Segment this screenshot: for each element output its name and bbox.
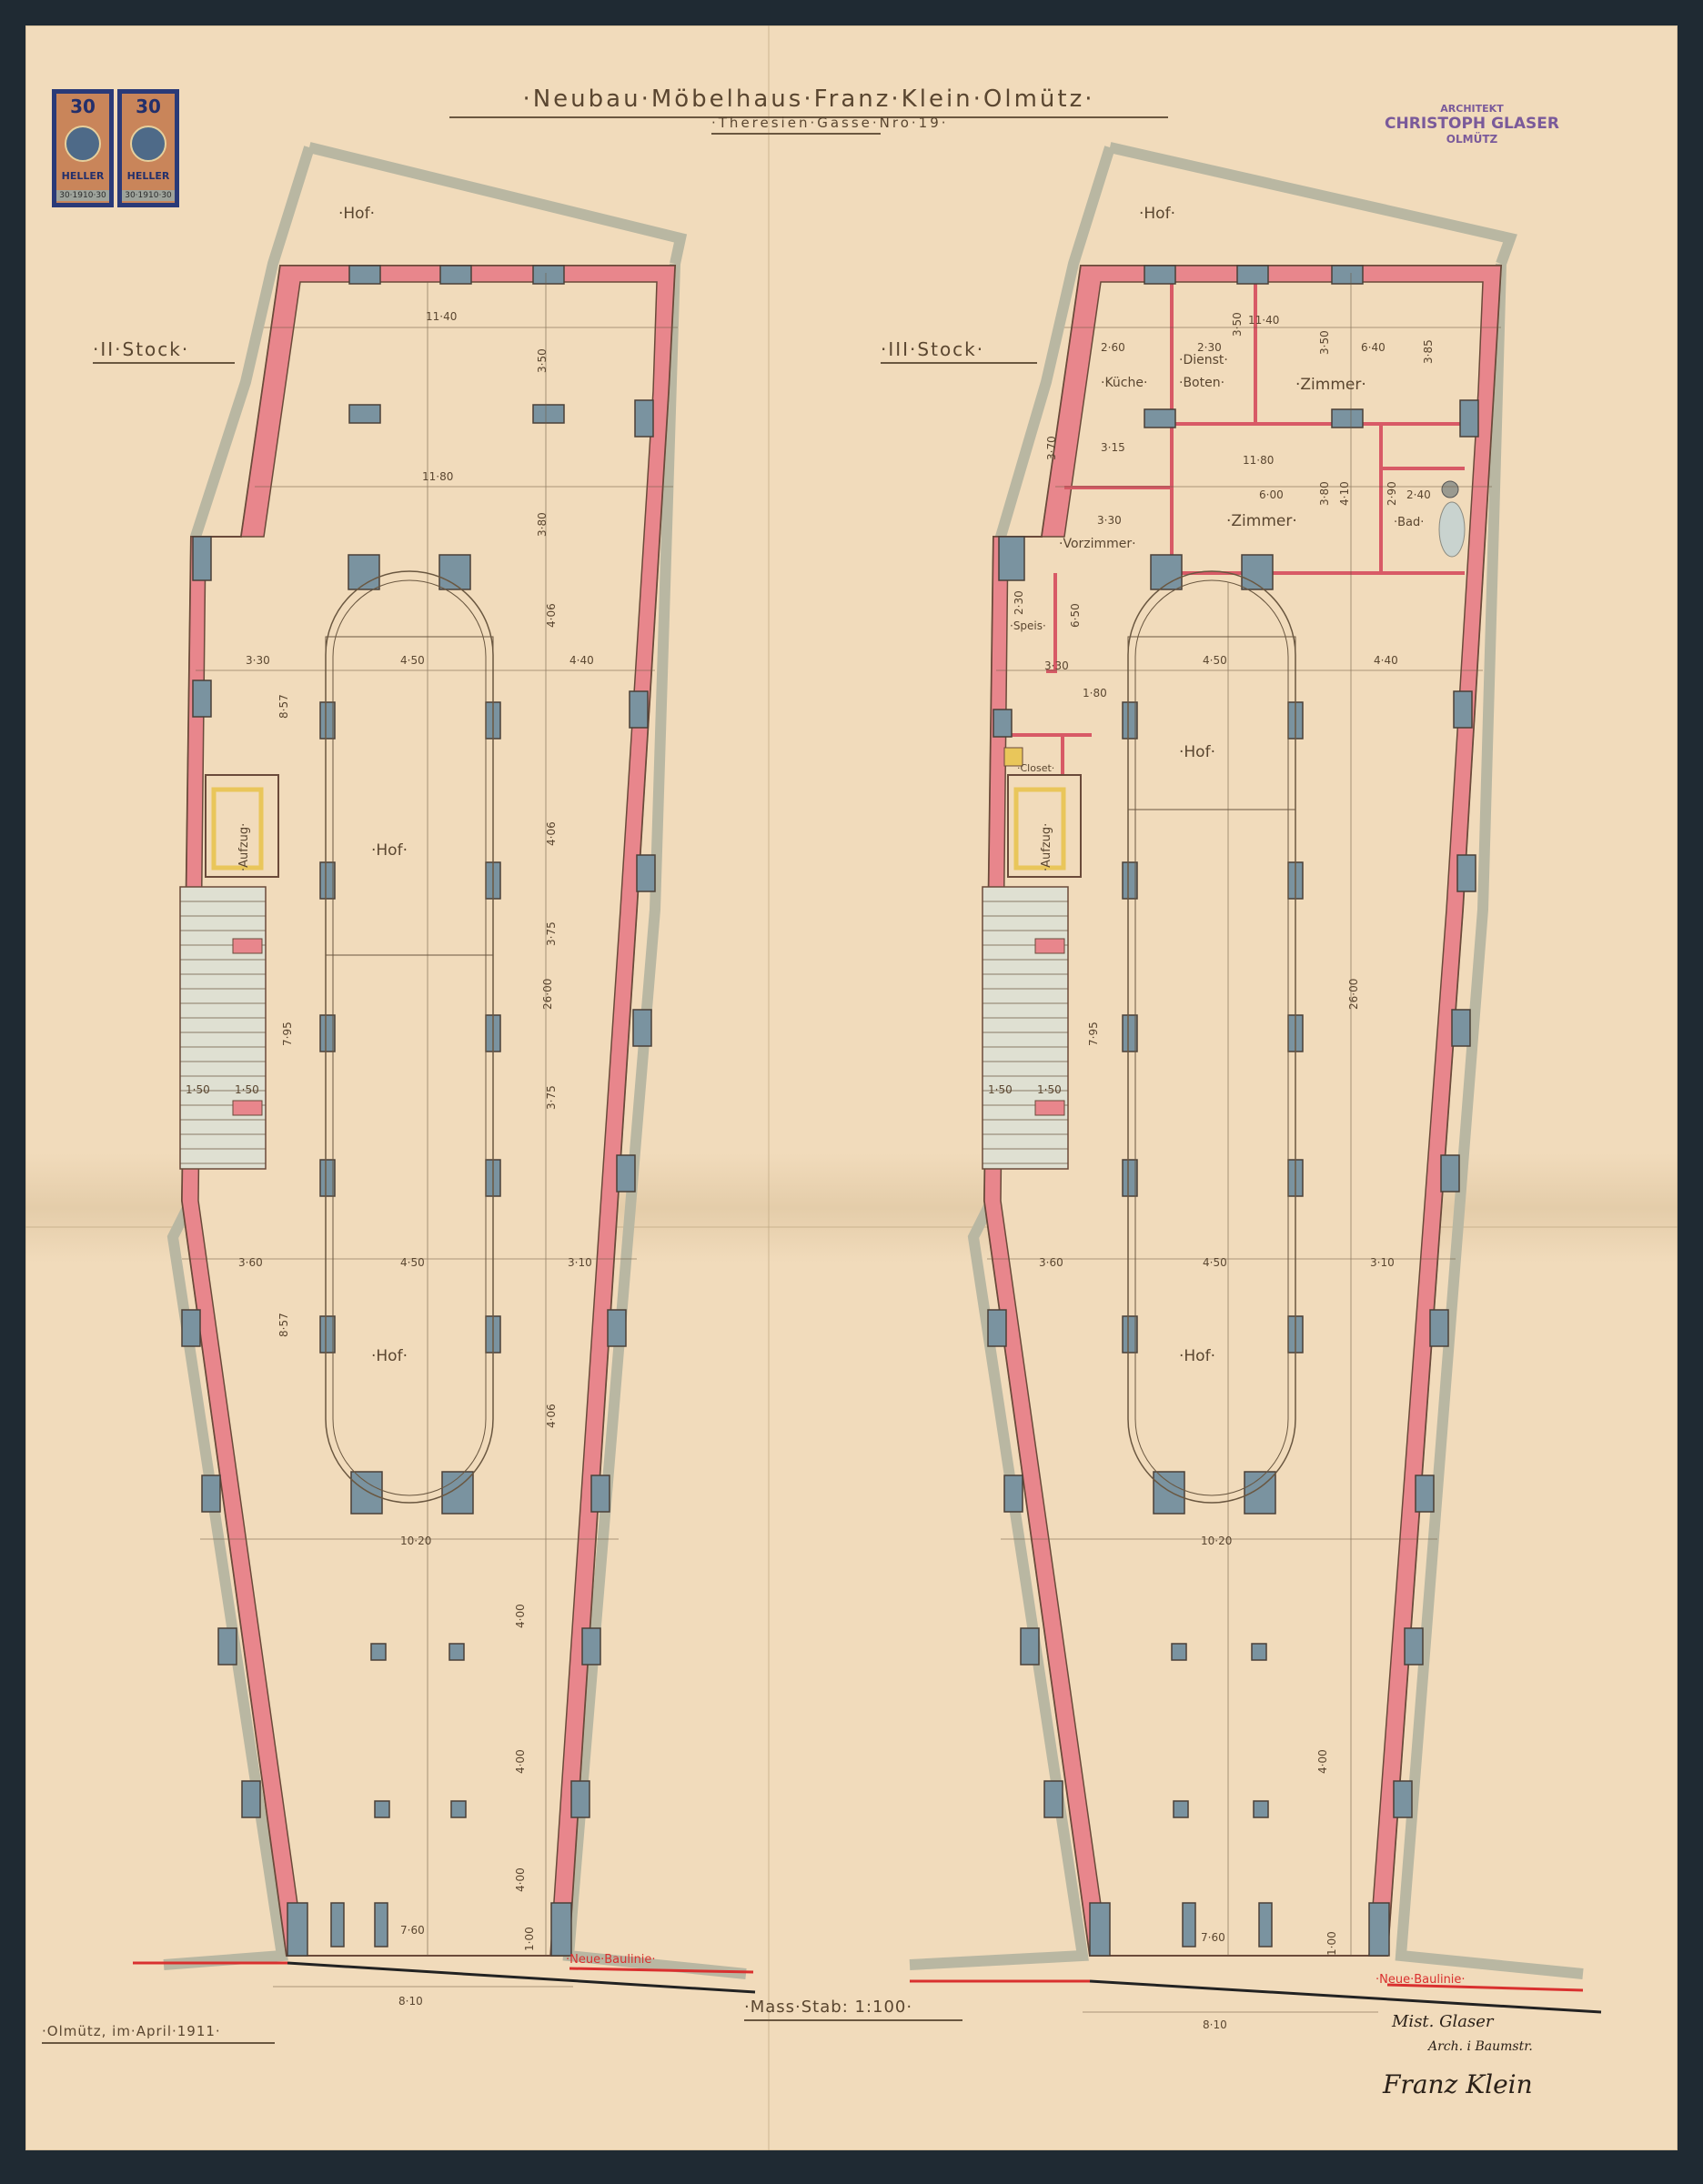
label-bath: ·Bad· — [1394, 516, 1424, 529]
dim-front-depth: 4·00 — [514, 1749, 527, 1774]
dim-stair-depth: 7·95 — [281, 1022, 294, 1046]
dim-front-depth: 4·00 — [514, 1867, 527, 1892]
staircase — [982, 887, 1068, 1169]
dim-second-width: 11·80 — [1243, 454, 1274, 467]
dim-pantry-depth: 2·30 — [1013, 590, 1025, 615]
plan-ii-stock — [133, 147, 755, 1992]
dim-court-depth: 4·06 — [545, 821, 558, 846]
staircase — [180, 887, 266, 1169]
dim-court-total: 26·00 — [541, 979, 554, 1010]
dim-width-lower: 10·20 — [400, 1535, 431, 1547]
dim-court-depth: 3·75 — [545, 1085, 558, 1110]
dim-front-inner: 7·60 — [400, 1924, 425, 1937]
dim-bath-depth: 2·90 — [1386, 481, 1398, 506]
dim-bath-width: 2·40 — [1406, 488, 1431, 501]
dim-anteroom-width: 3·30 — [1097, 514, 1122, 527]
dim-room-width: 6·00 — [1259, 488, 1284, 501]
label-hof-top: ·Hof· — [1139, 205, 1175, 223]
label-closet: ·Closet· — [1017, 762, 1054, 774]
dim-court-depth: 4·06 — [545, 1404, 558, 1428]
dim-court-total: 26·00 — [1347, 979, 1360, 1010]
dim-room-width: 6·40 — [1361, 341, 1386, 354]
dim-right-bay: 3·10 — [568, 1256, 592, 1269]
dim-stair-width: 1·50 — [186, 1083, 210, 1096]
dim-top-width: 11·40 — [1248, 314, 1279, 327]
label-building-line: ·Neue·Baulinie· — [1375, 1973, 1466, 1987]
dim-stair-width: 1·50 — [1037, 1083, 1062, 1096]
dim-servant-depth: 3·50 — [1231, 312, 1244, 337]
floor-plans-drawing: ·Hof· ·Hof· ·Hof· ·Aufzug· ·Neue·Baulini… — [0, 0, 1703, 2184]
label-elevator: ·Aufzug· — [1040, 823, 1053, 871]
dim-right-bay: 3·10 — [1370, 1256, 1395, 1269]
dim-room-depth: 3·80 — [1318, 481, 1331, 506]
dim-left-bay: 3·30 — [246, 654, 270, 667]
dim-center-bay: 4·50 — [400, 654, 425, 667]
label-room: ·Zimmer· — [1295, 376, 1366, 394]
dim-room-depth: 3·50 — [1318, 330, 1331, 355]
dim-servant-width: 2·30 — [1197, 341, 1222, 354]
dim-second-width: 11·80 — [422, 470, 453, 483]
dim-court-depth: 4·06 — [545, 603, 558, 628]
dim-depth: 6·50 — [1069, 603, 1082, 628]
plan-iii-stock — [910, 147, 1601, 2012]
dim-front-depth: 4·00 — [514, 1604, 527, 1628]
dim-stair-width: 1·50 — [988, 1083, 1013, 1096]
dim-left-bay: 3·60 — [1039, 1256, 1063, 1269]
dim-front-inner: 7·60 — [1201, 1931, 1225, 1944]
label-elevator: ·Aufzug· — [237, 823, 251, 871]
dim-depth: 3·50 — [536, 348, 549, 373]
dim-corridor: 1·80 — [1083, 687, 1107, 699]
dim-stair-width: 1·50 — [235, 1083, 259, 1096]
dim-left-depth: 8·57 — [277, 1313, 290, 1337]
dim-room-depth: 3·85 — [1422, 339, 1435, 364]
dim-right-bay: 4·40 — [1374, 654, 1398, 667]
label-anteroom: ·Vorzimmer· — [1059, 537, 1136, 551]
dim-left-depth: 8·57 — [277, 694, 290, 719]
dim-depth: 3·80 — [536, 512, 549, 537]
label-hof: ·Hof· — [371, 1347, 408, 1365]
label-hof-top: ·Hof· — [338, 205, 375, 223]
label-hof: ·Hof· — [1179, 1347, 1215, 1365]
label-pantry: ·Speis· — [1010, 619, 1046, 632]
dim-right-bay: 4·40 — [569, 654, 594, 667]
dim-width-lower: 10·20 — [1201, 1535, 1232, 1547]
dim-kitchen-width: 2·60 — [1101, 341, 1125, 354]
dim-court-depth: 3·75 — [545, 921, 558, 946]
label-room: ·Zimmer· — [1226, 512, 1297, 530]
label-hof: ·Hof· — [1179, 743, 1215, 761]
label-servant: ·Boten· — [1179, 376, 1224, 390]
dim-shopfront: 1·00 — [523, 1927, 536, 1951]
dim-front-outer: 8·10 — [398, 1995, 423, 2008]
dim-front-outer: 8·10 — [1203, 2018, 1227, 2031]
dim-center-bay: 4·50 — [1203, 654, 1227, 667]
dim-top-width: 11·40 — [426, 310, 457, 323]
label-hof: ·Hof· — [371, 841, 408, 860]
bathtub-icon — [1439, 502, 1465, 557]
dim-center-bay: 4·50 — [1203, 1256, 1227, 1269]
dim-shopfront: 1·00 — [1325, 1931, 1338, 1956]
dim-kitchen-depth: 3·70 — [1045, 436, 1058, 460]
label-kitchen: ·Küche· — [1101, 376, 1147, 390]
dim-left-bay: 3·30 — [1044, 659, 1069, 672]
dim-front-depth: 4·00 — [1316, 1749, 1329, 1774]
label-servant: ·Dienst· — [1179, 353, 1228, 367]
dim-stair-depth: 7·95 — [1087, 1022, 1100, 1046]
dim-room-depth: 4·10 — [1338, 481, 1351, 506]
label-building-line: ·Neue·Baulinie· — [566, 1953, 656, 1967]
dim-left-bay: 3·60 — [238, 1256, 263, 1269]
dim-hall-width: 3·15 — [1101, 441, 1125, 454]
dim-center-bay: 4·50 — [400, 1256, 425, 1269]
